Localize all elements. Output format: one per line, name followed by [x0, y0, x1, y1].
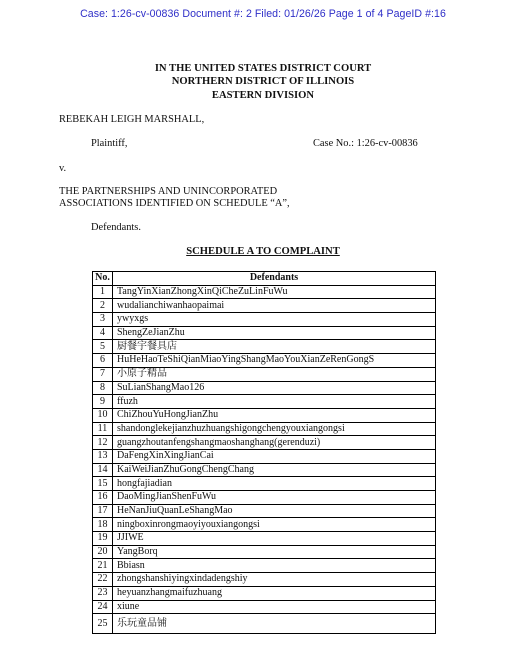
table-row: 18ningboxinrongmaoyiyouxiangongsi: [93, 518, 436, 532]
row-number: 6: [93, 354, 113, 368]
defendant-name: wudalianchiwanhaopaimai: [113, 299, 436, 313]
plaintiff-label: Plaintiff,: [91, 138, 127, 151]
defendant-name: guangzhoutanfengshangmaoshanghang(gerend…: [113, 436, 436, 450]
row-number: 25: [93, 614, 113, 634]
table-body: 1TangYinXianZhongXinQiCheZuLinFuWu2wudal…: [93, 285, 436, 634]
defendant-name: HeNanJiuQuanLeShangMao: [113, 504, 436, 518]
row-number: 16: [93, 491, 113, 505]
row-number: 10: [93, 408, 113, 422]
case-header-stamp: Case: 1:26-cv-00836 Document #: 2 Filed:…: [0, 8, 526, 20]
table-header-row: No. Defendants: [93, 272, 436, 286]
defendants-table: No. Defendants 1TangYinXianZhongXinQiChe…: [92, 271, 436, 634]
court-line-2: NORTHERN DISTRICT OF ILLINOIS: [0, 75, 526, 88]
row-number: 7: [93, 367, 113, 381]
defendant-name: heyuanzhangmaifuzhuang: [113, 586, 436, 600]
row-number: 2: [93, 299, 113, 313]
table-row: 17HeNanJiuQuanLeShangMao: [93, 504, 436, 518]
table-row: 14KaiWeiJianZhuGongChengChang: [93, 463, 436, 477]
table-row: 3ywyxgs: [93, 313, 436, 327]
defendant-name: ShengZeJianZhu: [113, 326, 436, 340]
defendant-name: HuHeHaoTeShiQianMiaoYingShangMaoYouXianZ…: [113, 354, 436, 368]
row-number: 8: [93, 381, 113, 395]
defendant-name: zhongshanshiyingxindadengshiy: [113, 573, 436, 587]
row-number: 9: [93, 395, 113, 409]
table-row: 15hongfajiadian: [93, 477, 436, 491]
table-row: 19JJIWE: [93, 532, 436, 546]
row-number: 3: [93, 313, 113, 327]
defendant-name: 小原子精品: [113, 367, 436, 381]
defendant-name: ffuzh: [113, 395, 436, 409]
defendants-label: Defendants.: [91, 222, 141, 235]
defendant-name: Bbiasn: [113, 559, 436, 573]
table-row: 10ChiZhouYuHongJianZhu: [93, 408, 436, 422]
header-no: No.: [93, 272, 113, 286]
table-row: 5厨餐宇餐具店: [93, 340, 436, 354]
defendant-name: TangYinXianZhongXinQiCheZuLinFuWu: [113, 285, 436, 299]
defendant-name: 乐玩童品铺: [113, 614, 436, 634]
defendant-name: ChiZhouYuHongJianZhu: [113, 408, 436, 422]
table-row: 2wudalianchiwanhaopaimai: [93, 299, 436, 313]
row-number: 21: [93, 559, 113, 573]
row-number: 11: [93, 422, 113, 436]
row-number: 22: [93, 573, 113, 587]
defendant-name: SuLianShangMao126: [113, 381, 436, 395]
schedule-title: SCHEDULE A TO COMPLAINT: [0, 246, 526, 257]
defendant-name: YangBorq: [113, 545, 436, 559]
row-number: 19: [93, 532, 113, 546]
defendant-name: xiune: [113, 600, 436, 614]
defendant-caption-line-2: ASSOCIATIONS IDENTIFIED ON SCHEDULE “A”,: [59, 198, 290, 211]
defendant-name: DaoMingJianShenFuWu: [113, 491, 436, 505]
row-number: 20: [93, 545, 113, 559]
row-number: 1: [93, 285, 113, 299]
table-row: 12guangzhoutanfengshangmaoshanghang(gere…: [93, 436, 436, 450]
row-number: 18: [93, 518, 113, 532]
row-number: 4: [93, 326, 113, 340]
defendant-name: 厨餐宇餐具店: [113, 340, 436, 354]
row-number: 14: [93, 463, 113, 477]
defendant-name: DaFengXinXingJianCai: [113, 449, 436, 463]
row-number: 24: [93, 600, 113, 614]
table-row: 7小原子精品: [93, 367, 436, 381]
table-row: 21Bbiasn: [93, 559, 436, 573]
table-row: 23heyuanzhangmaifuzhuang: [93, 586, 436, 600]
row-number: 23: [93, 586, 113, 600]
table-row: 22zhongshanshiyingxindadengshiy: [93, 573, 436, 587]
plaintiff-name: REBEKAH LEIGH MARSHALL,: [59, 114, 204, 127]
table-row: 13DaFengXinXingJianCai: [93, 449, 436, 463]
row-number: 5: [93, 340, 113, 354]
table-row: 8SuLianShangMao126: [93, 381, 436, 395]
table-row: 25乐玩童品铺: [93, 614, 436, 634]
case-number: Case No.: 1:26-cv-00836: [313, 138, 418, 151]
defendant-name: ningboxinrongmaoyiyouxiangongsi: [113, 518, 436, 532]
court-heading: IN THE UNITED STATES DISTRICT COURT NORT…: [0, 62, 526, 102]
table-row: 20YangBorq: [93, 545, 436, 559]
court-line-3: EASTERN DIVISION: [0, 89, 526, 102]
header-defendants: Defendants: [113, 272, 436, 286]
table-row: 1TangYinXianZhongXinQiCheZuLinFuWu: [93, 285, 436, 299]
defendant-name: hongfajiadian: [113, 477, 436, 491]
row-number: 12: [93, 436, 113, 450]
table-row: 16DaoMingJianShenFuWu: [93, 491, 436, 505]
row-number: 15: [93, 477, 113, 491]
versus-label: v.: [59, 163, 66, 176]
row-number: 13: [93, 449, 113, 463]
defendant-name: ywyxgs: [113, 313, 436, 327]
table-row: 24xiune: [93, 600, 436, 614]
table-row: 9ffuzh: [93, 395, 436, 409]
defendant-name: KaiWeiJianZhuGongChengChang: [113, 463, 436, 477]
defendant-name: JJIWE: [113, 532, 436, 546]
row-number: 17: [93, 504, 113, 518]
table-row: 11shandonglekejianzhuzhuangshigongchengy…: [93, 422, 436, 436]
defendant-name: shandonglekejianzhuzhuangshigongchengyou…: [113, 422, 436, 436]
table-row: 6HuHeHaoTeShiQianMiaoYingShangMaoYouXian…: [93, 354, 436, 368]
defendant-caption-line-1: THE PARTNERSHIPS AND UNINCORPORATED: [59, 186, 277, 199]
table-row: 4ShengZeJianZhu: [93, 326, 436, 340]
court-line-1: IN THE UNITED STATES DISTRICT COURT: [0, 62, 526, 75]
